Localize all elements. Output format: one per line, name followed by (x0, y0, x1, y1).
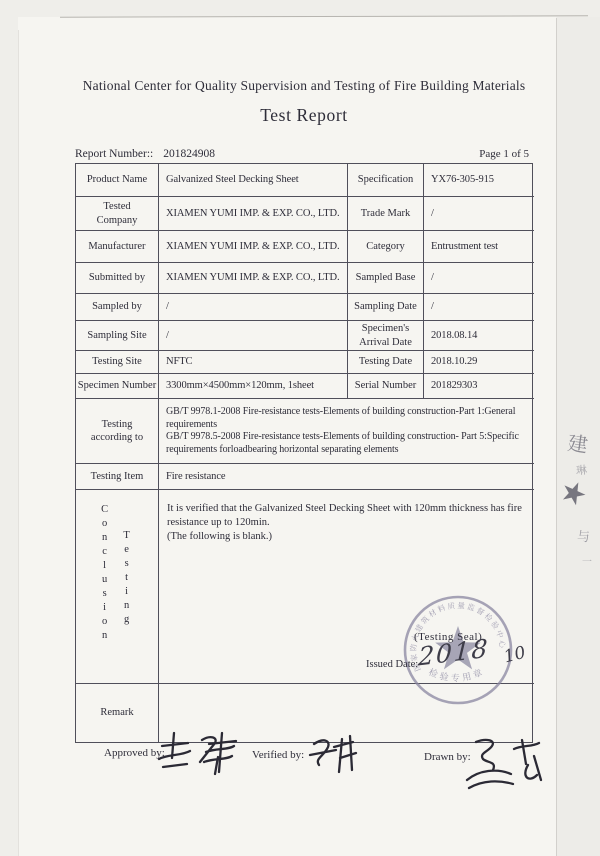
table-row: Product Name Galvanized Steel Decking Sh… (76, 164, 532, 197)
row-value: NFTC (159, 351, 348, 374)
scanned-test-report-page: National Center for Quality Supervision … (0, 0, 600, 856)
row-value2: YX76-305-915 (424, 164, 534, 197)
row-value2: 2018.08.14 (424, 321, 534, 351)
row-value: XIAMEN YUMI IMP. & EXP. CO., LTD. (159, 263, 348, 294)
verified-signature (306, 734, 364, 780)
table-row: Testing Site NFTC Testing Date 2018.10.2… (76, 351, 532, 374)
row-value: / (159, 294, 348, 321)
testing-according-value: GB/T 9978.1-2008 Fire-resistance tests-E… (159, 399, 534, 464)
edge-seal-fragment: 建 (566, 427, 590, 459)
conclusion-text: It is verified that the Galvanized Steel… (167, 502, 524, 530)
row-value2: / (424, 263, 534, 294)
row-label2: Specimen's Arrival Date (348, 321, 424, 351)
report-number: Report Number::201824908 (75, 148, 215, 160)
row-value: 3300mm×4500mm×120mm, 1sheet (159, 374, 348, 399)
row-label2: Testing Date (348, 351, 424, 374)
edge-seal-fragment: 一 (582, 553, 592, 568)
testing-vertical-label: Testing (120, 530, 133, 628)
approved-signature (156, 730, 246, 782)
standard-line-2: GB/T 9978.5-2008 Fire-resistance tests-E… (166, 431, 532, 456)
drawn-signature (464, 734, 544, 798)
paper-right-edge (556, 18, 557, 856)
page-indicator: Page 1 of 5 (479, 148, 533, 160)
document-subtitle: Test Report (75, 105, 533, 126)
row-label: Sampled by (76, 294, 159, 321)
report-number-line: Report Number::201824908 Page 1 of 5 (75, 148, 533, 160)
row-label2: Sampled Base (348, 263, 424, 294)
table-row: Sampling Site / Specimen's Arrival Date … (76, 321, 532, 351)
row-label: Product Name (76, 164, 159, 197)
table-row: Submitted by XIAMEN YUMI IMP. & EXP. CO.… (76, 263, 532, 294)
row-label2: Trade Mark (348, 197, 424, 231)
conclusion-blank-note: (The following is blank.) (167, 530, 272, 544)
table-row: Tested Company XIAMEN YUMI IMP. & EXP. C… (76, 197, 532, 231)
standard-line-1: GB/T 9978.1-2008 Fire-resistance tests-E… (166, 406, 532, 431)
row-value: XIAMEN YUMI IMP. & EXP. CO., LTD. (159, 197, 348, 231)
row-label2: Serial Number (348, 374, 424, 399)
row-label: Specimen Number (76, 374, 159, 399)
report-number-value: 201824908 (163, 148, 215, 160)
remark-label: Remark (76, 684, 159, 742)
testing-according-label: Testing according to (76, 399, 159, 464)
row-value: XIAMEN YUMI IMP. & EXP. CO., LTD. (159, 231, 348, 263)
table-row: Manufacturer XIAMEN YUMI IMP. & EXP. CO.… (76, 231, 532, 263)
row-label: Submitted by (76, 263, 159, 294)
row-value2: 2018.10.29 (424, 351, 534, 374)
row-label: Manufacturer (76, 231, 159, 263)
row-label: Testing Site (76, 351, 159, 374)
testing-according-row: Testing according to GB/T 9978.1-2008 Fi… (76, 399, 532, 464)
row-value2: / (424, 197, 534, 231)
row-label2: Specification (348, 164, 424, 197)
row-label2: Category (348, 231, 424, 263)
row-label: Sampling Site (76, 321, 159, 351)
testing-item-label: Testing Item (76, 464, 159, 490)
verified-by-label: Verified by: (252, 749, 304, 761)
table-row: Sampled by / Sampling Date / (76, 294, 532, 321)
report-number-label: Report Number:: (75, 148, 153, 160)
conclusion-label-cell: Conclusion Testing (76, 490, 159, 684)
document-title: National Center for Quality Supervision … (75, 78, 533, 94)
row-value2: 201829303 (424, 374, 534, 399)
testing-item-value: Fire resistance (159, 464, 534, 490)
row-label: Tested Company (76, 197, 159, 231)
testing-item-row: Testing Item Fire resistance (76, 464, 532, 490)
issued-date-label: Issued Date: (366, 659, 418, 670)
table-row: Specimen Number 3300mm×4500mm×120mm, 1sh… (76, 374, 532, 399)
row-value: / (159, 321, 348, 351)
edge-seal-fragment: 与 (577, 526, 590, 545)
row-value2: / (424, 294, 534, 321)
conclusion-vertical-label: Conclusion (98, 504, 111, 644)
row-value2: Entrustment test (424, 231, 534, 263)
row-value: Galvanized Steel Decking Sheet (159, 164, 348, 197)
row-label2: Sampling Date (348, 294, 424, 321)
paper-left-edge (18, 30, 19, 856)
